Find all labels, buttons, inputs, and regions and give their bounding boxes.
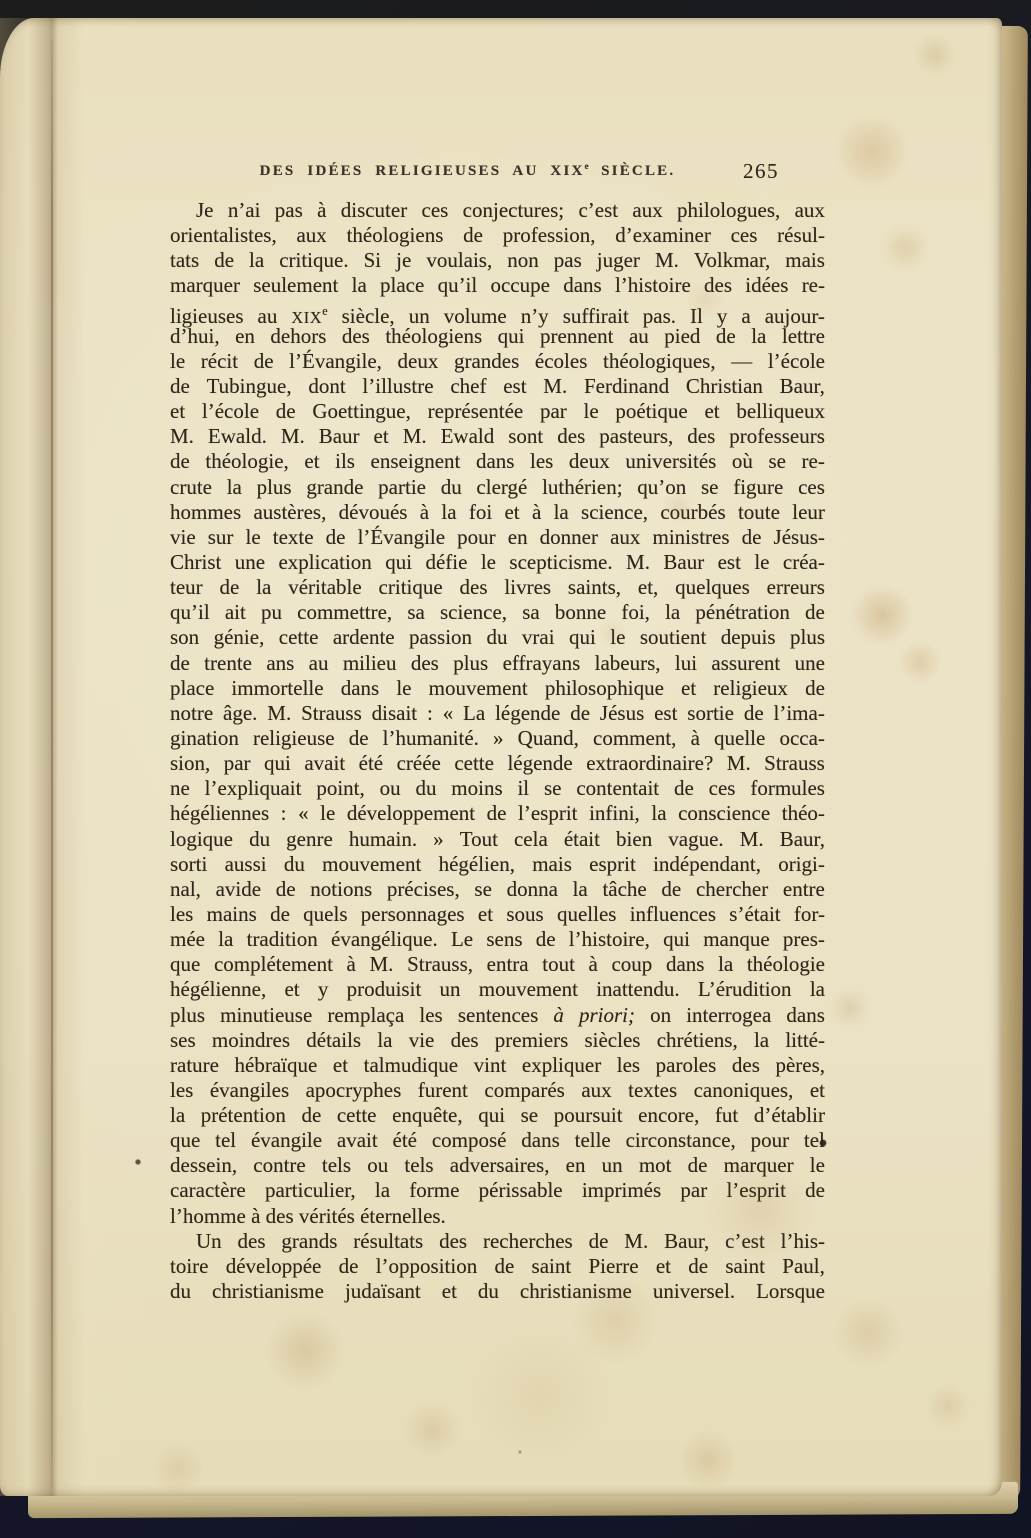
text-line: marquerseulementlaplacequ’iloccupedansl’… bbox=[170, 273, 825, 298]
text-line: M.Ewald.M.BauretM.Ewaldsontdespasteurs,d… bbox=[170, 424, 825, 449]
text-line: detrenteansaumilieudespluseffrayanslabeu… bbox=[170, 651, 825, 676]
text-line: tatsdelacritique.Sijevoulais,nonpasjuger… bbox=[170, 248, 825, 273]
text-line: hommesaustères,dévouésàlafoietàlascience… bbox=[170, 500, 825, 525]
paragraph: UndesgrandsrésultatsdesrecherchesdeM.Bau… bbox=[170, 1229, 825, 1304]
text-line: notreâge.M.Straussdisait:«LalégendedeJés… bbox=[170, 701, 825, 726]
text-line: deTubingue,dontl’illustrechefestM.Ferdin… bbox=[170, 374, 825, 399]
page-header: DES IDÉES RELIGIEUSES AU XIXe SIÈCLE. 26… bbox=[170, 162, 825, 196]
text-line: dessein,contretelsoutelsadversaires,enun… bbox=[170, 1153, 825, 1178]
text-line: quecomplétementàM.Strauss,entratoutàcoup… bbox=[170, 952, 825, 977]
text-line: plusminutieuseremplaçalessentencesàprior… bbox=[170, 1003, 825, 1028]
text-line: méelatraditionévangélique.Lesensdel’hist… bbox=[170, 927, 825, 952]
text-line: Christuneexplicationquidéfielescepticism… bbox=[170, 550, 825, 575]
running-title: DES IDÉES RELIGIEUSES AU XIXe SIÈCLE. bbox=[170, 162, 825, 180]
text-line: hégélienne,etyproduisitunmouvementinatte… bbox=[170, 977, 825, 1002]
text-line: qu’ilaitpucommettre,sascience,sabonnefoi… bbox=[170, 600, 825, 625]
text-line: nal,avidedenotionsprécises,sedonnalatâch… bbox=[170, 877, 825, 902]
text-line: sion,parquiavaitétécrééecettelégendeextr… bbox=[170, 751, 825, 776]
text-line: laprétentiondecetteenquête,quisepoursuit… bbox=[170, 1103, 825, 1128]
text-line: nel’expliquaitpoint,oudumoinsilsecontent… bbox=[170, 776, 825, 801]
text-line: l’homme à des vérités éternelles. bbox=[170, 1204, 825, 1229]
book-photo: DES IDÉES RELIGIEUSES AU XIXe SIÈCLE. 26… bbox=[0, 0, 1031, 1538]
text-line: ligieusesauXIXesiècle,unvolumen’ysuffira… bbox=[170, 299, 825, 324]
text-line: songénie,cetteardentepassionduvraiquiles… bbox=[170, 625, 825, 650]
text-line: quetelévangileavaitétécomposédanstelleci… bbox=[170, 1128, 825, 1153]
text-line: toiredéveloppéedel’oppositiondesaintPier… bbox=[170, 1254, 825, 1279]
text-line: hégéliennes:«ledéveloppementdel’espritin… bbox=[170, 801, 825, 826]
text-line: lesévangilesapocryphesfurentcomparésauxt… bbox=[170, 1078, 825, 1103]
text-line: teurdelavéritablecritiquedeslivressaints… bbox=[170, 575, 825, 600]
text-line: orientalistes,auxthéologiensdeprofession… bbox=[170, 223, 825, 248]
page-number: 265 bbox=[743, 159, 779, 184]
text-line: etl’écoledeGoettingue,représentéeparlepo… bbox=[170, 399, 825, 424]
text-line: viesurletextedel’Évangilepourendonneraux… bbox=[170, 525, 825, 550]
text-line: crutelaplusgrandepartieduclergéluthérien… bbox=[170, 475, 825, 500]
text-line: logiquedugenrehumain.»Toutcelaétaitbienv… bbox=[170, 827, 825, 852]
page-content: DES IDÉES RELIGIEUSES AU XIXe SIÈCLE. 26… bbox=[170, 162, 825, 1304]
text-line: duchristianismejudaïsantetduchristianism… bbox=[170, 1279, 825, 1304]
text-line: lerécitdel’Évangile,deuxgrandesécolesthé… bbox=[170, 349, 825, 374]
text-line: raturehébraïqueettalmudiquevintexpliquer… bbox=[170, 1053, 825, 1078]
text-line: Jen’aipasàdiscutercesconjectures;c’estau… bbox=[170, 198, 825, 223]
text-line: placeimmortelledanslemouvementphilosophi… bbox=[170, 676, 825, 701]
text-line: dethéologie,etilsenseignentdanslesdeuxun… bbox=[170, 449, 825, 474]
page-text: Jen’aipasàdiscutercesconjectures;c’estau… bbox=[170, 198, 825, 1304]
text-line: caractèreparticulier,laformepérissableim… bbox=[170, 1178, 825, 1203]
paragraph: Jen’aipasàdiscutercesconjectures;c’estau… bbox=[170, 198, 825, 1229]
text-line: sesmoindresdétailslaviedespremierssiècle… bbox=[170, 1028, 825, 1053]
text-line: lesmainsdequelspersonnagesetsousquellesi… bbox=[170, 902, 825, 927]
text-line: UndesgrandsrésultatsdesrecherchesdeM.Bau… bbox=[170, 1229, 825, 1254]
text-line: sortiaussidumouvementhégélien,maisesprit… bbox=[170, 852, 825, 877]
text-line: ginationreligieusedel’humanité.»Quand,co… bbox=[170, 726, 825, 751]
